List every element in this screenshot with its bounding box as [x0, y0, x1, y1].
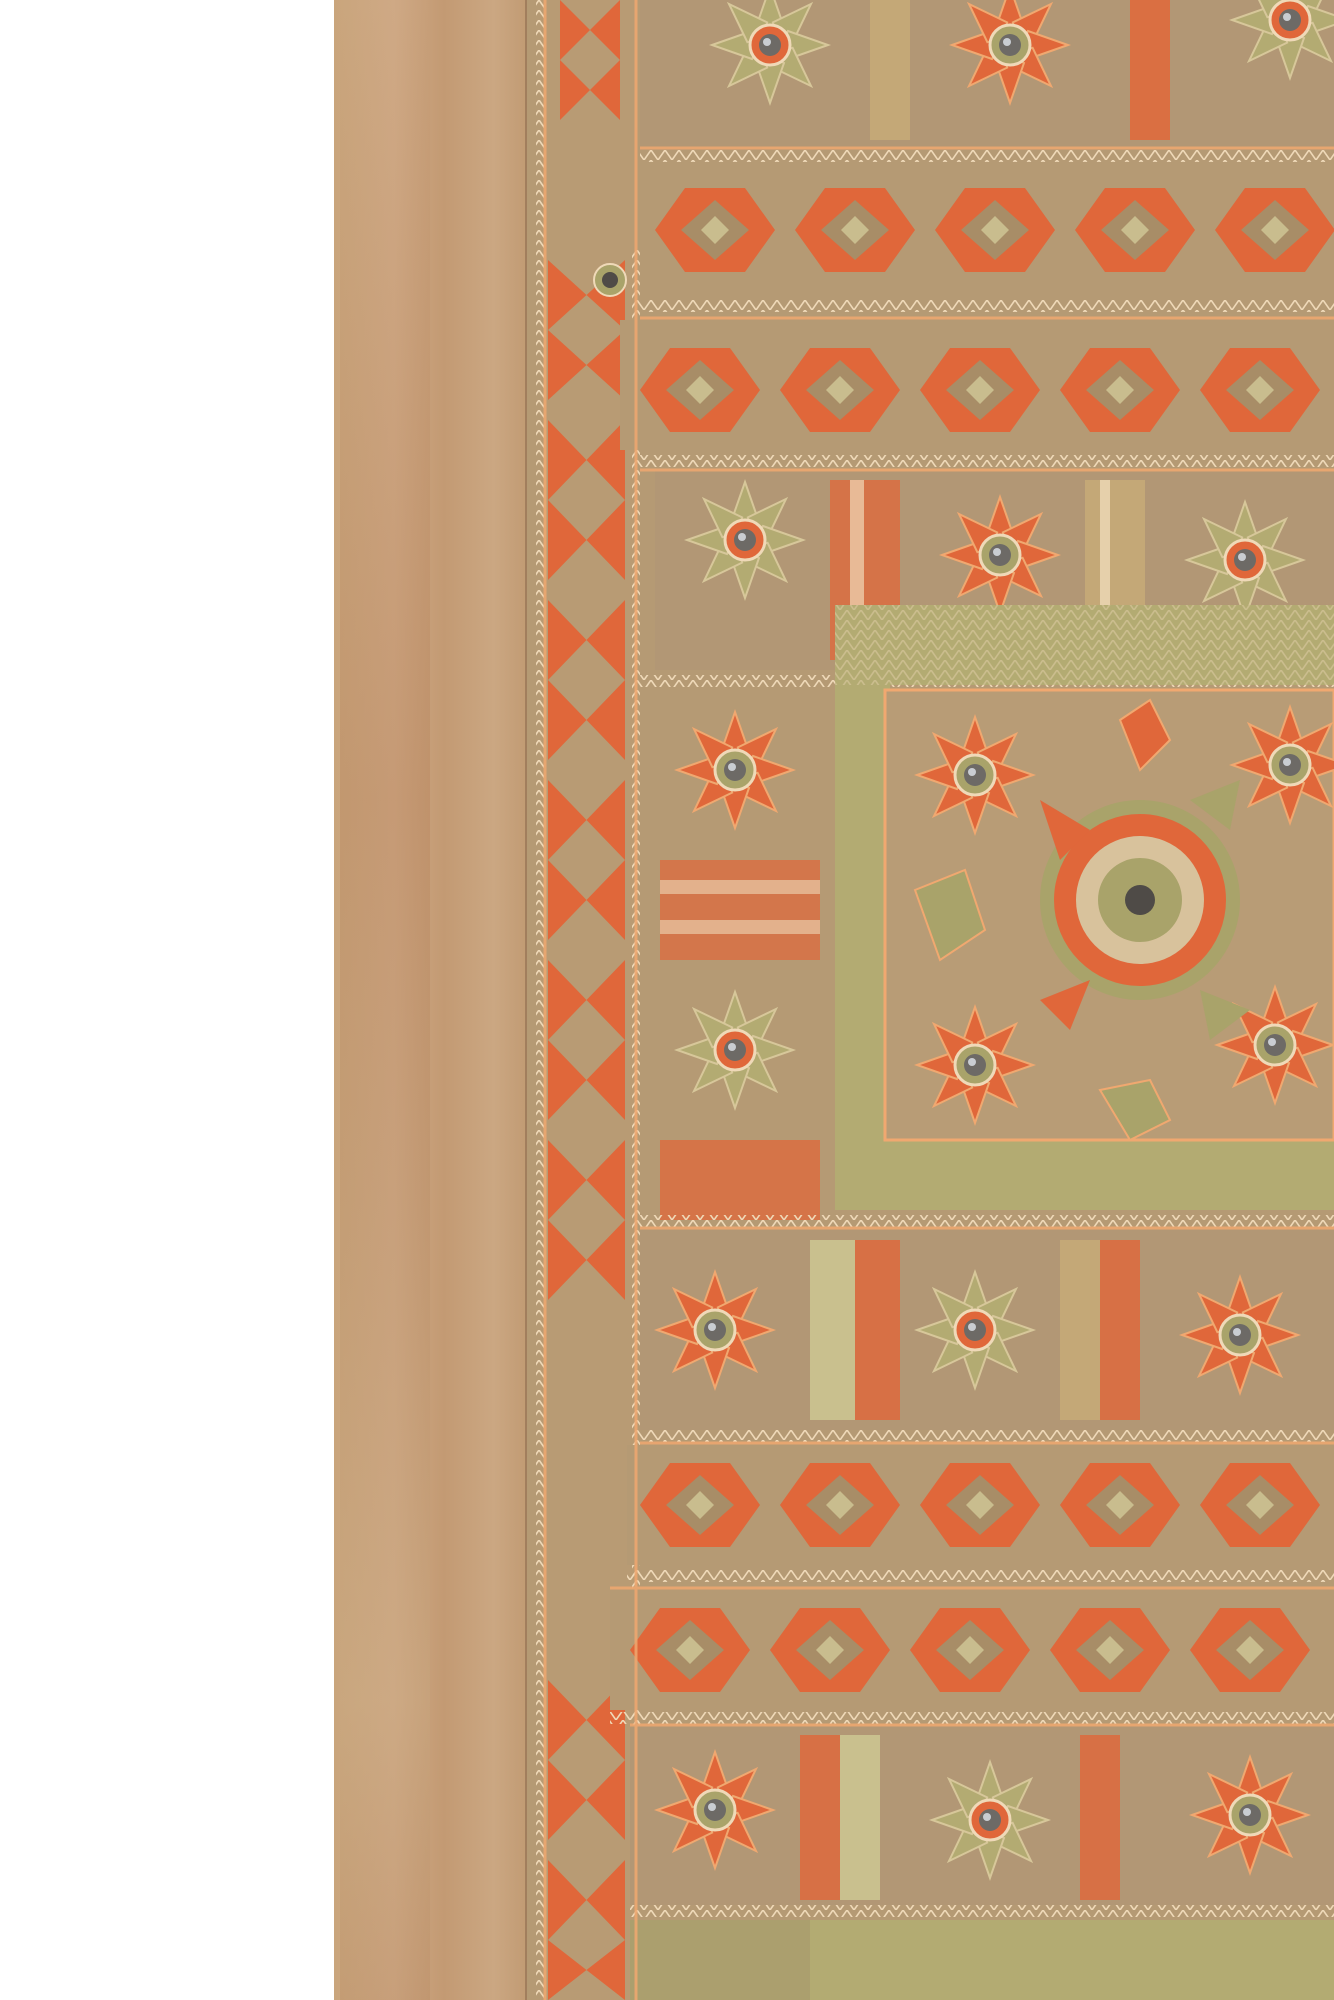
diamond-band-2 — [620, 320, 1334, 467]
white-backdrop — [0, 0, 336, 2000]
diamond-band-3 — [627, 1430, 1334, 1582]
star-row-top — [640, 0, 1334, 150]
star-row-4 — [630, 1725, 1334, 1905]
central-field — [640, 605, 1334, 1230]
cloth-stain — [340, 0, 430, 2000]
textile-photo — [0, 0, 1334, 2000]
diamond-band-4 — [610, 1590, 1334, 1724]
star-row-3 — [640, 1215, 1334, 1430]
embroidered-panel — [527, 0, 1334, 2000]
diamond-band-1 — [640, 150, 1334, 312]
